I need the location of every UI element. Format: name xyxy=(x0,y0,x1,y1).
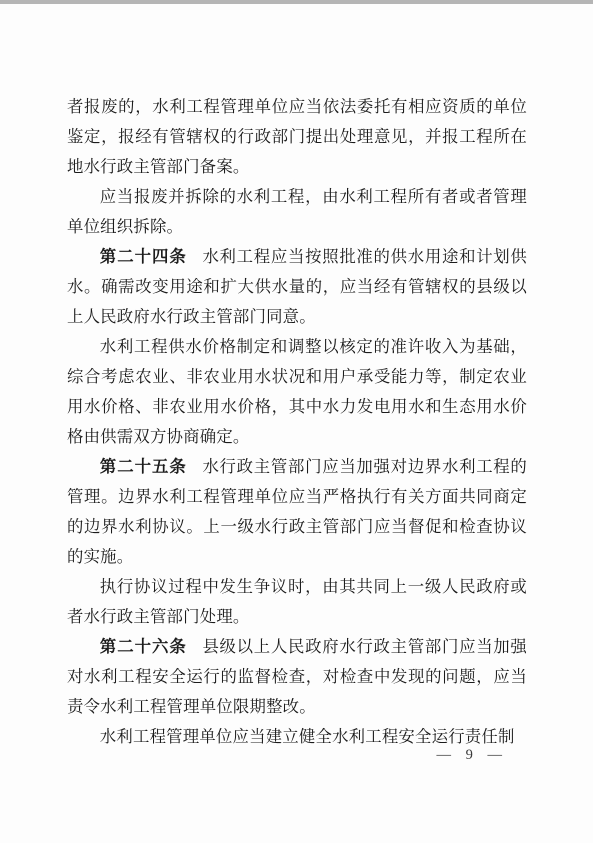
article-number-label: 第二十六条 xyxy=(100,638,187,656)
paragraph-article-25: 第二十五条水行政主管部门应当加强对边界水利工程的管理。边界水利工程管理单位应当严… xyxy=(67,452,527,572)
paragraph: 水利工程供水价格制定和调整以核定的准许收入为基础，综合考虑农业、非农业用水状况和… xyxy=(67,332,527,452)
article-number-label: 第二十五条 xyxy=(100,458,187,476)
article-number-label: 第二十四条 xyxy=(100,248,187,266)
paragraph-text: 应当报废并拆除的水利工程，由水利工程所有者或者管理单位组织拆除。 xyxy=(67,187,527,236)
scan-edge-shadow xyxy=(0,0,593,4)
paragraph-article-24: 第二十四条水利工程应当按照批准的供水用途和计划供水。确需改变用途和扩大供水量的，… xyxy=(67,242,527,332)
page-number: — 9 — xyxy=(437,747,506,764)
document-body-text: 者报废的，水利工程管理单位应当依法委托有相应资质的单位鉴定，报经有管辖权的行政部… xyxy=(67,92,527,752)
paragraph: 执行协议过程中发生争议时，由其共同上一级人民政府或者水行政主管部门处理。 xyxy=(67,572,527,632)
paragraph-article-26: 第二十六条县级以上人民政府水行政主管部门应当加强对水利工程安全运行的监督检查，对… xyxy=(67,632,527,722)
paragraph: 者报废的，水利工程管理单位应当依法委托有相应资质的单位鉴定，报经有管辖权的行政部… xyxy=(67,92,527,182)
paragraph-text: 者报废的，水利工程管理单位应当依法委托有相应资质的单位鉴定，报经有管辖权的行政部… xyxy=(67,97,527,176)
scanned-document-page: 者报废的，水利工程管理单位应当依法委托有相应资质的单位鉴定，报经有管辖权的行政部… xyxy=(0,0,593,843)
paragraph-text: 水利工程管理单位应当建立健全水利工程安全运行责任制 xyxy=(100,727,515,746)
paragraph-text: 执行协议过程中发生争议时，由其共同上一级人民政府或者水行政主管部门处理。 xyxy=(67,577,527,626)
paragraph-text: 水利工程供水价格制定和调整以核定的准许收入为基础，综合考虑农业、非农业用水状况和… xyxy=(67,337,527,446)
paragraph: 应当报废并拆除的水利工程，由水利工程所有者或者管理单位组织拆除。 xyxy=(67,182,527,242)
